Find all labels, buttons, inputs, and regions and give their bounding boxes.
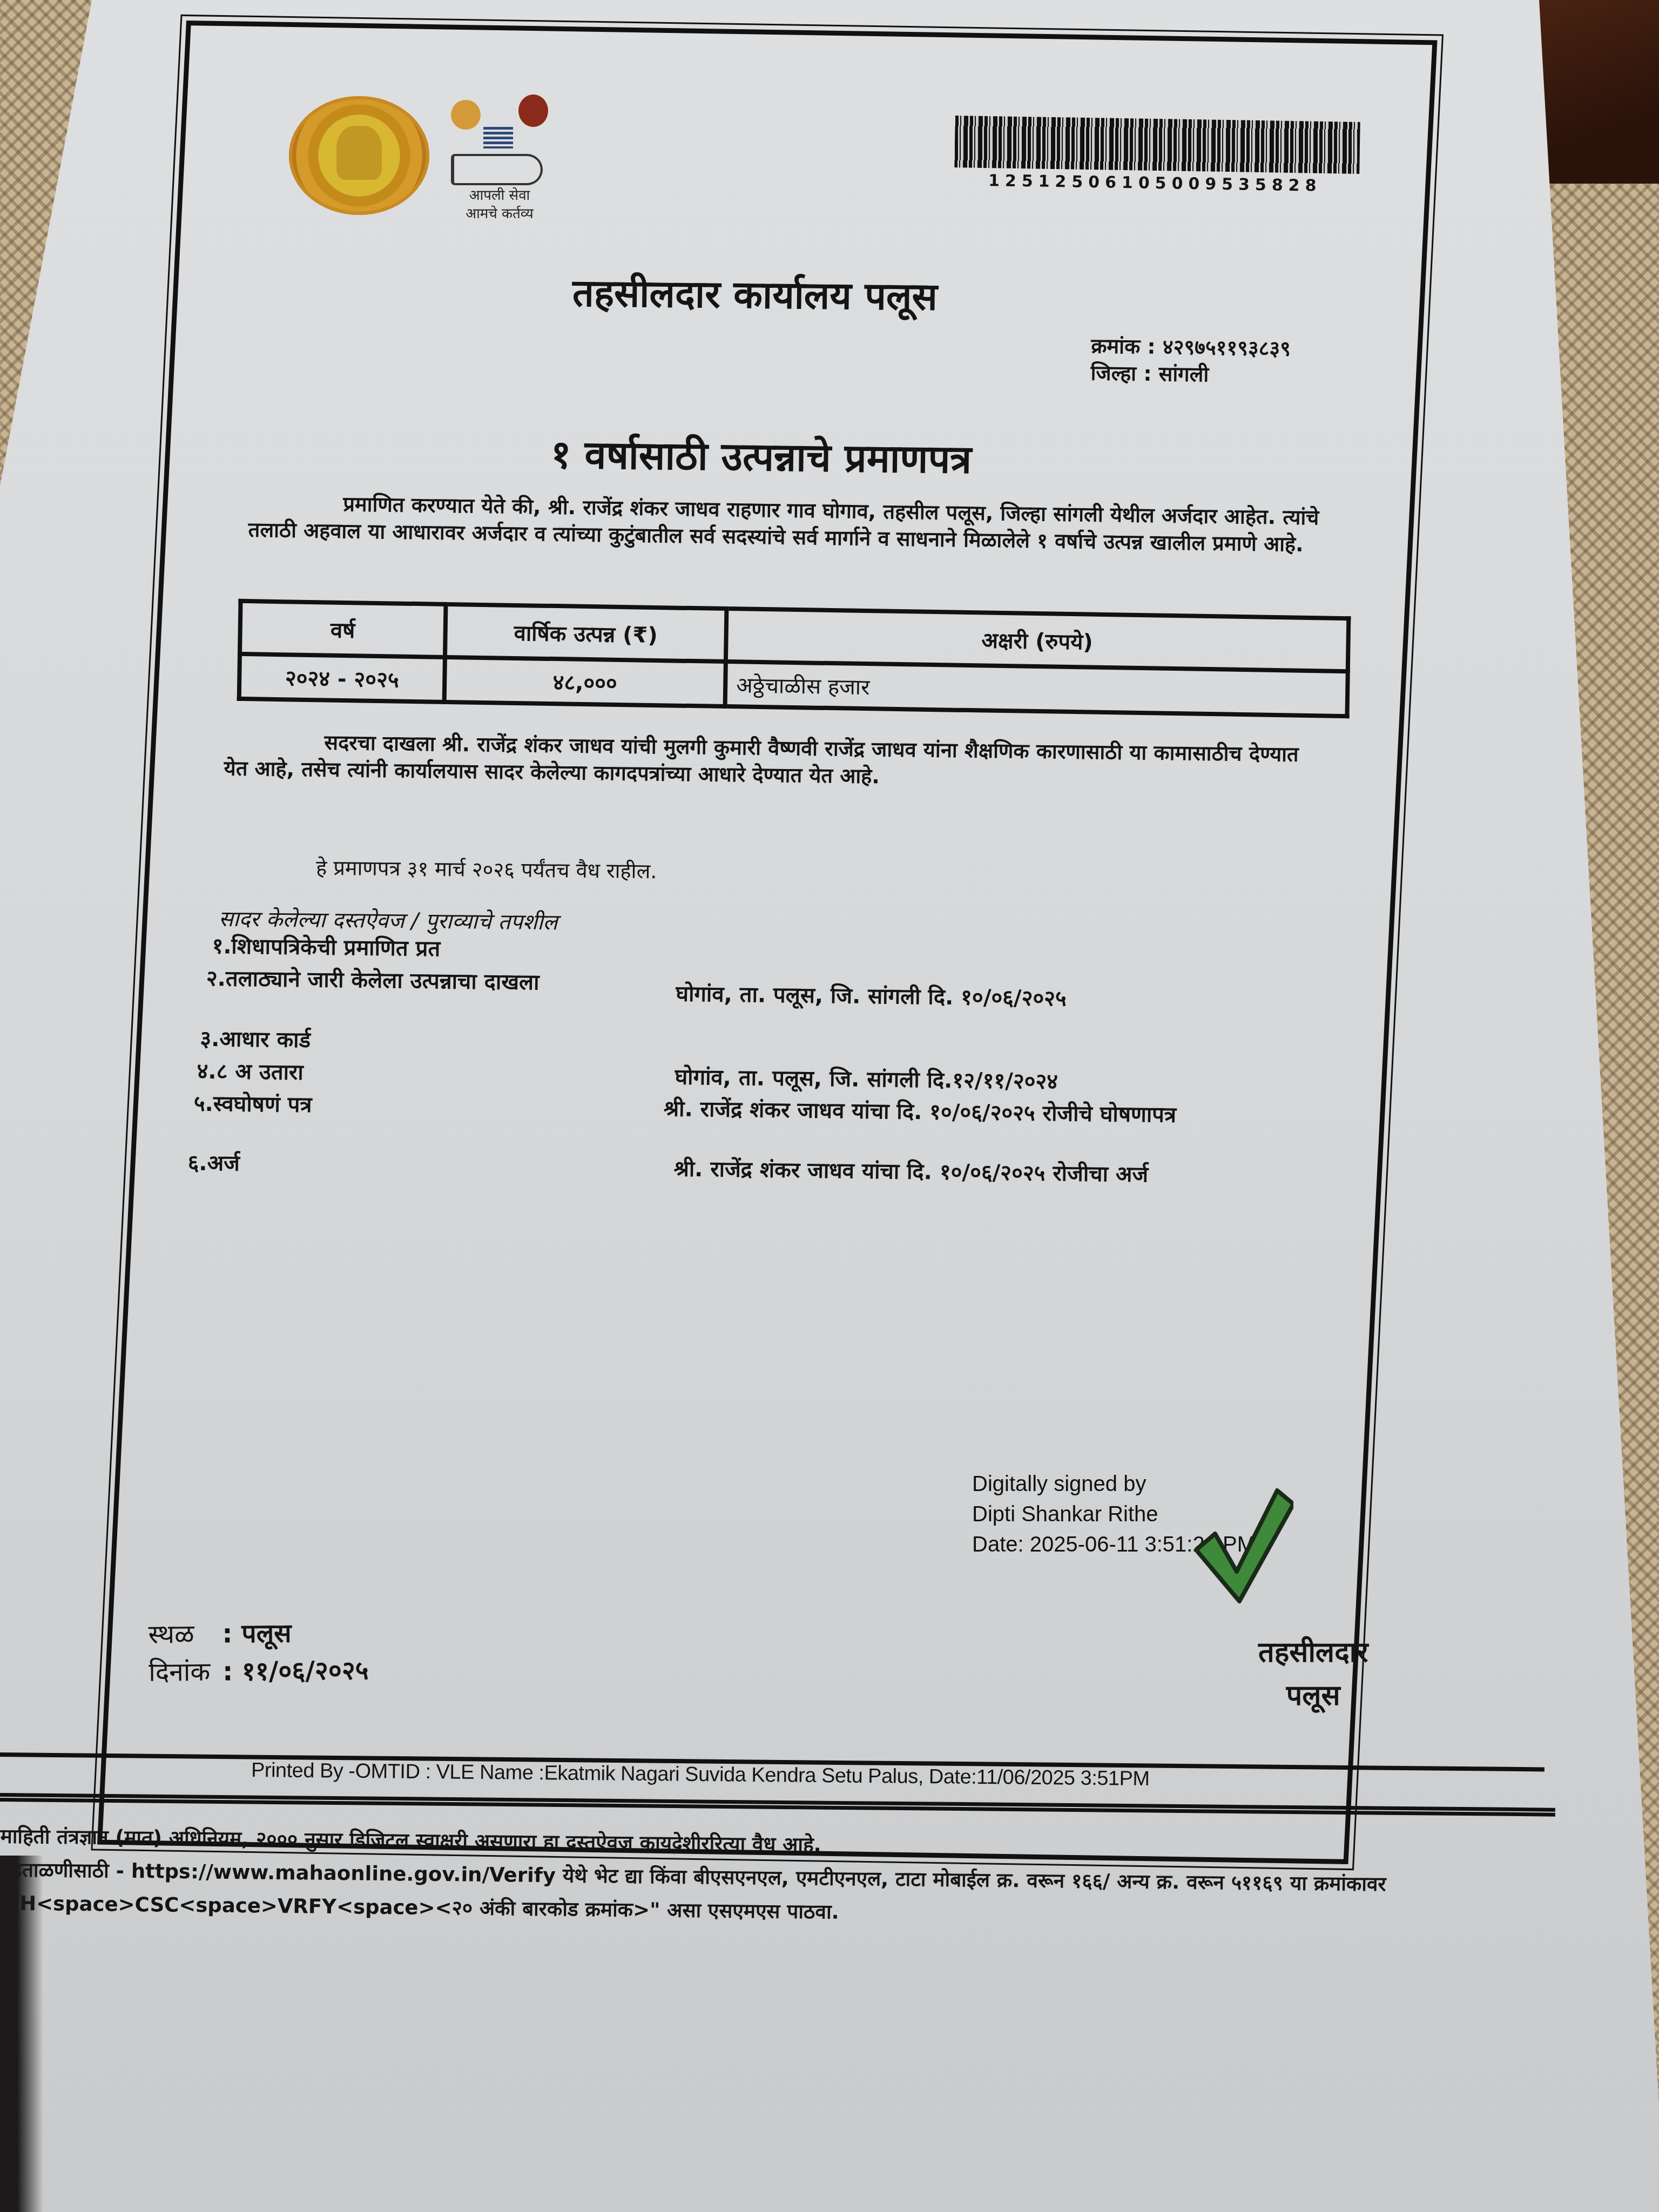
document-label: १.शिधापत्रिकेची प्रमाणित प्रत bbox=[212, 930, 644, 965]
certificate-title: १ वर्षासाठी उत्पन्नाचे प्रमाणपत्र bbox=[550, 427, 972, 485]
col-in-words: अक्षरी (रुपये) bbox=[726, 609, 1348, 671]
designation: तहसीलदार bbox=[1258, 1631, 1368, 1674]
district-value: सांगली bbox=[1158, 362, 1209, 386]
income-certificate: आपली सेवा आमचे कर्तव्य 12512506105009535… bbox=[0, 0, 1659, 2212]
document-label: ५.स्वघोषणं पत्र bbox=[194, 1088, 626, 1123]
place-label: स्थळ bbox=[148, 1615, 213, 1654]
district-label: जिल्हा bbox=[1090, 361, 1136, 385]
serial-value: ४२९७५११९३८३९ bbox=[1163, 335, 1291, 360]
document-detail: घोगांव, ता. पलूस, जि. सांगली दि. १०/०६/२… bbox=[676, 978, 1378, 1016]
logo-book-icon bbox=[483, 127, 513, 149]
place-date-block: स्थळ : पलूस दिनांक : ११/०६/२०२५ bbox=[148, 1614, 369, 1691]
authority-place: पलूस bbox=[1258, 1674, 1368, 1717]
aapli-seva-logo: आपली सेवा आमचे कर्तव्य bbox=[446, 89, 554, 224]
date-label: दिनांक bbox=[149, 1653, 214, 1691]
documents-list: १.शिधापत्रिकेची प्रमाणित प्रत २.तलाठ्यान… bbox=[187, 930, 1378, 1194]
date-value: ११/०६/२०२५ bbox=[242, 1655, 369, 1687]
place-value: पलूस bbox=[241, 1618, 292, 1649]
footer-notes: माहिती तंत्रज्ञान (मात) अधिनियम, २००० नु… bbox=[0, 1820, 1594, 1937]
document-label: ३.आधार कार्ड bbox=[200, 1023, 632, 1058]
document-label: ६.अर्ज bbox=[187, 1147, 620, 1182]
finger-shadow bbox=[0, 1856, 43, 2212]
cell-income: ४८,००० bbox=[444, 657, 726, 706]
barcode bbox=[954, 116, 1360, 174]
validity-statement: हे प्रमाणपत्र ३१ मार्च २०२६ पर्यंतच वैध … bbox=[316, 854, 657, 885]
logo-caption: आपली सेवा आमचे कर्तव्य bbox=[446, 186, 554, 223]
issuing-authority: तहसीलदार पलूस bbox=[1258, 1631, 1368, 1717]
document-label: २.तलाठ्याने जारी केलेला उत्पन्नाचा दाखला bbox=[206, 962, 617, 997]
signature-verified-check-icon bbox=[1185, 1485, 1293, 1604]
document-label: ४.८ अ उतारा bbox=[197, 1055, 629, 1090]
serial-district-block: क्रमांक : ४२९७५११९३८३९ जिल्हा : सांगली bbox=[1090, 332, 1291, 389]
cell-year: २०२४ - २०२५ bbox=[239, 654, 445, 702]
col-annual-income: वार्षिक उत्पन्न (₹) bbox=[445, 604, 726, 662]
income-table: वर्ष वार्षिक उत्पन्न (₹) अक्षरी (रुपये) … bbox=[237, 599, 1351, 718]
serial-label: क्रमांक bbox=[1091, 334, 1141, 358]
office-title: तहसीलदार कार्यालय पलूस bbox=[572, 265, 938, 321]
col-year: वर्ष bbox=[240, 601, 446, 657]
maharashtra-seal-icon bbox=[289, 96, 429, 215]
cell-words: अठ्ठेचाळीस हजार bbox=[725, 662, 1348, 716]
logo-figure-red-icon bbox=[518, 95, 548, 127]
logo-hand-icon bbox=[451, 154, 543, 185]
logo-figure-orange-icon bbox=[451, 100, 481, 130]
